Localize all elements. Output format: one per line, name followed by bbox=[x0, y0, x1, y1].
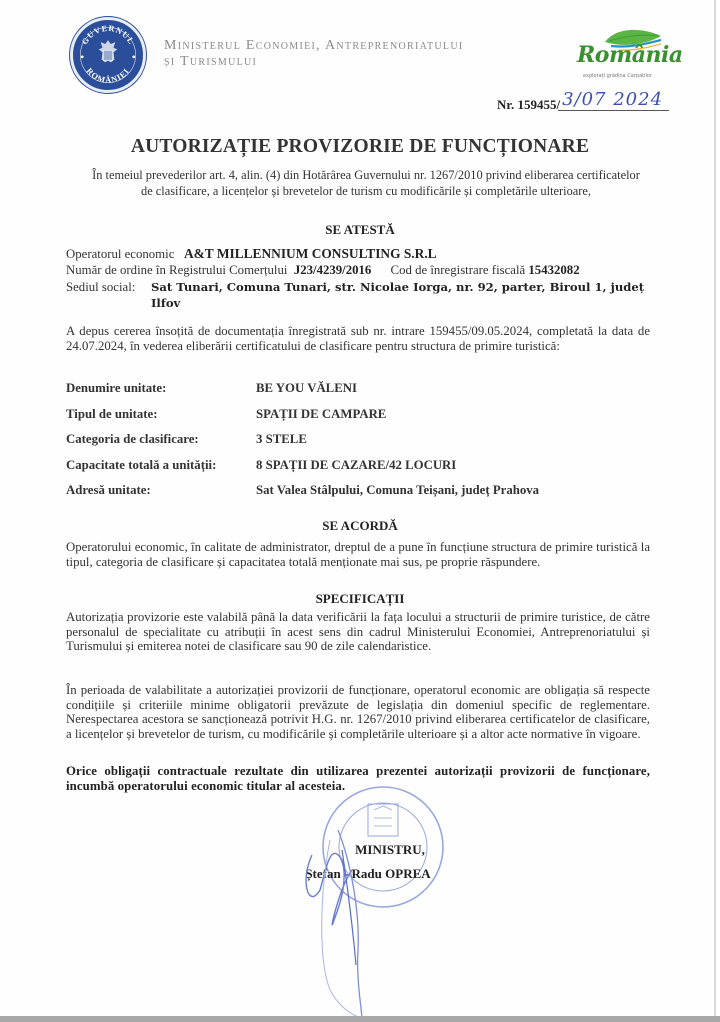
registration-number: Nr. 159455/3/07 2024 bbox=[497, 93, 669, 115]
hq-label: Sediul social: bbox=[66, 280, 151, 295]
ministry-name-line1: Ministerul Economiei, Antreprenoriatului bbox=[164, 38, 464, 54]
preamble-line2: de clasificare, a licențelor și brevetel… bbox=[66, 183, 666, 199]
ministry-name-line2: și Turismului bbox=[164, 54, 464, 70]
preamble-line1: În temeiul prevederilor art. 4, alin. (4… bbox=[66, 167, 666, 183]
hq-line-2: Ilfov bbox=[151, 296, 180, 311]
unit-detail-label: Capacitate totală a unității: bbox=[66, 458, 256, 473]
hq-line: Sediul social:Sat Tunari, Comuna Tunari,… bbox=[66, 280, 644, 295]
unit-detail-row: Categoria de clasificare:3 STELE bbox=[66, 432, 307, 447]
government-seal-logo: GUVERNUL ROMÂNIEI bbox=[70, 17, 146, 93]
unit-detail-label: Denumire unitate: bbox=[66, 381, 256, 396]
coat-of-arms-icon: GUVERNUL ROMÂNIEI bbox=[73, 20, 143, 90]
fiscal-code-label: Cod de înregistrare fiscală bbox=[391, 263, 526, 277]
unit-detail-value: SPAȚII DE CAMPARE bbox=[256, 407, 386, 421]
svg-text:ROMÂNIEI: ROMÂNIEI bbox=[85, 66, 132, 84]
hq-value: Sat Tunari, Comuna Tunari, str. Nicolae … bbox=[151, 280, 644, 294]
document-page: GUVERNUL ROMÂNIEI Ministerul Economiei, … bbox=[0, 0, 716, 1016]
operator-value: A&T MILLENNIUM CONSULTING S.R.L bbox=[184, 246, 437, 261]
section-heading-se-atesta: SE ATESTĂ bbox=[0, 222, 720, 238]
ministry-name: Ministerul Economiei, Antreprenoriatului… bbox=[164, 38, 464, 70]
registry-value: J23/4239/2016 bbox=[294, 263, 372, 277]
specifications-paragraph-1: Autorizația provizorie este valabilă pân… bbox=[66, 610, 650, 654]
registration-number-label: Nr. 159455/ bbox=[497, 97, 560, 112]
unit-detail-row: Capacitate totală a unității:8 SPAȚII DE… bbox=[66, 458, 456, 473]
unit-detail-row: Denumire unitate:BE YOU VĂLENI bbox=[66, 381, 357, 396]
unit-detail-label: Categoria de clasificare: bbox=[66, 432, 256, 447]
unit-detail-value: 8 SPAȚII DE CAZARE/42 LOCURI bbox=[256, 458, 456, 472]
unit-detail-label: Tipul de unitate: bbox=[66, 407, 256, 422]
section-heading-specificatii: SPECIFICAȚII bbox=[0, 591, 720, 607]
unit-detail-row: Tipul de unitate:SPAȚII DE CAMPARE bbox=[66, 407, 386, 422]
handwritten-signature-icon bbox=[290, 800, 440, 1022]
handwritten-date: 3/07 2024 bbox=[558, 89, 669, 111]
fiscal-code-value: 15432082 bbox=[528, 263, 579, 277]
unit-detail-value: BE YOU VĂLENI bbox=[256, 381, 357, 395]
operator-line: Operatorul economic A&T MILLENNIUM CONSU… bbox=[66, 246, 437, 262]
unit-detail-label: Adresă unitate: bbox=[66, 483, 256, 498]
request-paragraph: A depus cererea însoțită de documentația… bbox=[66, 324, 650, 353]
registry-line: Număr de ordine în Registrului Comerțulu… bbox=[66, 263, 580, 278]
operator-label: Operatorul economic bbox=[66, 247, 174, 261]
unit-detail-row: Adresă unitate:Sat Valea Stâlpului, Comu… bbox=[66, 483, 539, 498]
romania-tagline: explorați grădina Carpaților bbox=[583, 73, 652, 79]
registry-label: Număr de ordine în Registrului Comerțulu… bbox=[66, 263, 287, 277]
legal-preamble: În temeiul prevederilor art. 4, alin. (4… bbox=[66, 167, 666, 199]
viewer-bottom-edge bbox=[0, 1016, 720, 1022]
romania-tourism-logo: România explorați grădina Carpaților bbox=[575, 26, 665, 84]
hq-value-line2: Ilfov bbox=[151, 296, 180, 310]
unit-detail-value: Sat Valea Stâlpului, Comuna Teișani, jud… bbox=[256, 483, 539, 497]
romania-wordmark: România bbox=[577, 42, 683, 68]
grant-paragraph: Operatorului economic, în calitate de ad… bbox=[66, 540, 650, 569]
section-heading-se-acorda: SE ACORDĂ bbox=[0, 518, 720, 534]
unit-detail-value: 3 STELE bbox=[256, 432, 307, 446]
specifications-paragraph-2: În perioada de valabilitate a autorizați… bbox=[66, 683, 650, 741]
document-title: AUTORIZAȚIE PROVIZORIE DE FUNCȚIONARE bbox=[0, 136, 720, 158]
